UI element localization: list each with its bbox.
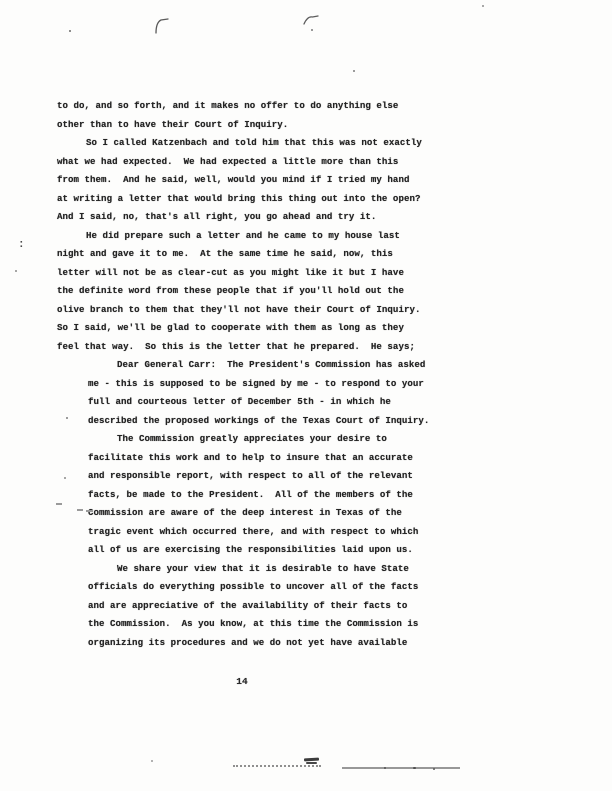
text-line: described the proposed workings of the T…	[0, 412, 612, 431]
pencil-dash-mark	[56, 503, 62, 505]
speck-mark	[64, 477, 66, 479]
pencil-dash-mark	[77, 509, 83, 511]
speck-mark	[66, 417, 68, 419]
text-line: and responsible report, with respect to …	[0, 467, 612, 486]
text-line: facilitate this work and to help to insu…	[0, 449, 612, 468]
text-line: the Commission. As you know, at this tim…	[0, 615, 612, 634]
text-line: And I said, no, that's all right, you go…	[0, 208, 612, 227]
text-line: Commission are aware of the deep interes…	[0, 504, 612, 523]
text-line: from them. And he said, well, would you …	[0, 171, 612, 190]
text-line: full and courteous letter of December 5t…	[0, 393, 612, 412]
text-line: what we had expected. We had expected a …	[0, 153, 612, 172]
text-line: feel that way. So this is the letter tha…	[0, 338, 612, 357]
pencil-dash-mark	[86, 510, 93, 512]
text-line: me - this is supposed to be signed by me…	[0, 375, 612, 394]
scanned-document-page: to do, and so forth, and it makes no off…	[0, 0, 612, 791]
speck-mark	[15, 270, 17, 272]
ink-scribble-mark	[303, 757, 320, 765]
text-line: and are appreciative of the availability…	[0, 597, 612, 616]
text-line: olive branch to them that they'll not ha…	[0, 301, 612, 320]
text-line: other than to have their Court of Inquir…	[0, 116, 612, 135]
typewritten-text: to do, and so forth, and it makes no off…	[0, 97, 612, 652]
speck-mark	[69, 30, 71, 32]
speck-mark	[353, 70, 355, 72]
speck-mark	[151, 760, 153, 762]
text-line: He did prepare such a letter and he came…	[0, 227, 612, 246]
text-line: tragic event which occurred there, and w…	[0, 523, 612, 542]
text-line: facts, be made to the President. All of …	[0, 486, 612, 505]
speck-mark	[413, 767, 416, 769]
margin-colon-mark: :	[18, 240, 25, 250]
text-line: So I said, we'll be glad to cooperate wi…	[0, 319, 612, 338]
text-line: night and gave it to me. At the same tim…	[0, 245, 612, 264]
speck-mark	[384, 767, 386, 769]
text-line: all of us are exercising the responsibil…	[0, 541, 612, 560]
text-line: officials do everything possible to unco…	[0, 578, 612, 597]
text-line: letter will not be as clear-cut as you m…	[0, 264, 612, 283]
pen-tilde-mark	[303, 14, 320, 25]
text-line: Dear General Carr: The President's Commi…	[0, 356, 612, 375]
text-line: at writing a letter that would bring thi…	[0, 190, 612, 209]
scan-solid-line	[342, 767, 460, 769]
text-line: We share your view that it is desirable …	[0, 560, 612, 579]
text-line: organizing its procedures and we do not …	[0, 634, 612, 653]
page-number: 14	[57, 673, 427, 692]
speck-mark	[311, 29, 313, 31]
pen-paren-mark	[153, 16, 171, 35]
speck-mark	[433, 768, 435, 770]
text-line: The Commission greatly appreciates your …	[0, 430, 612, 449]
speck-mark	[482, 5, 484, 7]
text-line: the definite word from these people that…	[0, 282, 612, 301]
text-line: to do, and so forth, and it makes no off…	[0, 97, 612, 116]
scan-dotted-line	[233, 765, 321, 767]
text-line: So I called Katzenbach and told him that…	[0, 134, 612, 153]
